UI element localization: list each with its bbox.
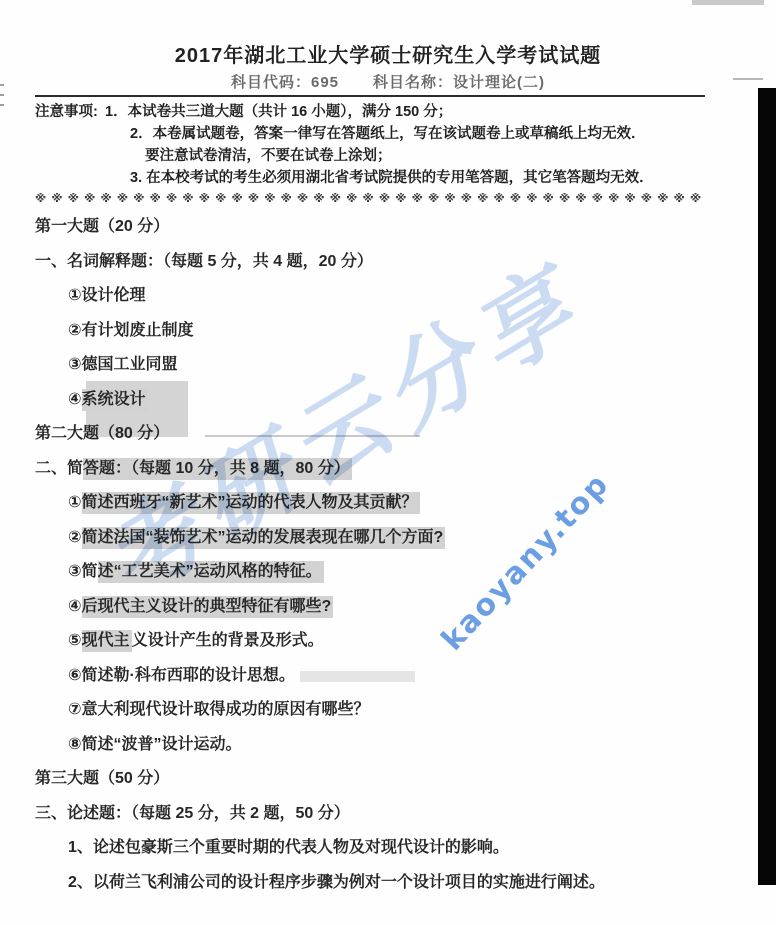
question-text: 1、论述包豪斯三个重要时期的代表人物及对现代设计的影响。 [68, 839, 509, 856]
question: ③德国工业同盟 [68, 354, 716, 375]
scan-dash-left-2 [0, 94, 4, 96]
question-text: ③简 [68, 563, 98, 580]
paper-subtitle: 科目代码：695科目名称：设计理论(二) [0, 73, 776, 92]
question-text-rest: 义设计产生的背景及形式。 [132, 632, 324, 649]
question: 2、以荷兰飞利浦公司的设计程序步骤为例对一个设计项目的实施进行阐述。 [68, 872, 716, 893]
scan-dash-right [733, 78, 763, 80]
asterisk-separator: ※ ※ ※ ※ ※ ※ ※ ※ ※ ※ ※ ※ ※ ※ ※ ※ ※ ※ ※ ※ … [35, 193, 705, 205]
notice-line-4: 3. 在本校考试的考生必须用湖北省考试院提供的专用笔答题，其它笔答题均无效． [35, 167, 716, 189]
question: ①简述西班牙“新艺术”运动的代表人物及其贡献？ [68, 492, 716, 513]
notice-line-1: 注意事项: 1．本试卷共三道大题（共计 16 小题），满分 150 分； [35, 101, 716, 123]
section-3: 第三大题（50 分） 三、论述题：（每题 25 分，共 2 题，50 分） 1、… [35, 768, 716, 893]
question: ⑤现代主义设计产生的背景及形式。 [68, 630, 716, 651]
section-3-heading: 第三大题（50 分） [35, 768, 716, 789]
section-1-heading: 第一大题（20 分） [35, 216, 716, 237]
section-2: 第二大题（80 分） 二、简答题：（每题 10 分，共 8 题，80 分） ①简… [35, 423, 716, 755]
question-text: ④ [68, 391, 82, 408]
question: ②有计划废止制度 [68, 320, 716, 341]
question-highlight: 系统设计 [82, 389, 148, 411]
section-1-intro: 一、名词解释题：（每题 5 分，共 4 题，20 分） [35, 251, 716, 272]
section-1: 第一大题（20 分） 一、名词解释题：（每题 5 分，共 4 题，20 分） ①… [35, 216, 716, 410]
notice-label: 注意事项: [35, 101, 105, 123]
scan-dash-left-1 [0, 84, 4, 86]
question-highlight: 现代主 [82, 630, 132, 652]
question-text: 2、以荷兰飞利浦公司的设计程序步骤为例对一个设计项目的实施进行阐述。 [68, 874, 605, 891]
question: ⑧简述“波普”设计运动。 [68, 734, 716, 755]
exam-paper-page: 2017年湖北工业大学硕士研究生入学考试试题 科目代码：695科目名称：设计理论… [0, 0, 776, 925]
notice-line-3: 要注意试卷清洁，不要在试卷上涂划； [35, 145, 716, 167]
question-highlight: 述“工艺美术”运动风格的特征。 [98, 561, 324, 583]
paper-title: 2017年湖北工业大学硕士研究生入学考试试题 [40, 44, 736, 69]
question: 1、论述包豪斯三个重要时期的代表人物及对现代设计的影响。 [68, 837, 716, 858]
question-text: ① [68, 494, 82, 511]
question: ①设计伦理 [68, 285, 716, 306]
notice-line-2: 2．本卷属试题卷，答案一律写在答题纸上，写在该试题卷上或草稿纸上均无效． [35, 123, 716, 145]
question-text: ②有计划废止制度 [68, 322, 194, 339]
question-text: ⑧简述“波普”设计运动。 [68, 736, 242, 753]
scan-smudge-top-right [692, 0, 764, 5]
question: ③简述“工艺美术”运动风格的特征。 [68, 561, 716, 582]
question: ⑥简述勒·科布西耶的设计思想。 [68, 665, 716, 686]
header-rule [35, 95, 705, 97]
scan-black-edge-bar [758, 88, 776, 885]
question-highlight: 简述法国“装饰艺术”运动的发展表现在哪几个方面? [82, 527, 446, 549]
section-3-intro: 三、论述题：（每题 25 分，共 2 题，50 分） [35, 803, 716, 824]
question-text: ①设计伦理 [68, 287, 146, 304]
notice-item-1: 1．本试卷共三道大题（共计 16 小题），满分 150 分； [105, 101, 452, 123]
question: ④系统设计 [68, 389, 716, 410]
question-text: ⑤ [68, 632, 82, 649]
question-text: ⑥简述勒·科布西耶的设计思想。 [68, 667, 295, 684]
scan-dash-left-3 [0, 104, 4, 106]
question-text: ② [68, 529, 82, 546]
question: ⑦意大利现代设计取得成功的原因有哪些？ [68, 699, 716, 720]
section-2-heading: 第二大题（80 分） [35, 423, 716, 444]
question-highlight: 后现代主义设计的典型特征有哪些? [82, 596, 334, 618]
intro-text: 二、简 [35, 460, 83, 477]
intro-highlight: 答题：（每题 10 分，共 8 题，80 分） [83, 458, 352, 480]
question-highlight: 简述西班牙“新艺术”运动的代表人物及其贡献？ [82, 492, 420, 514]
intro-text: 一、名词解释题：（每题 5 分，共 4 题，20 分） [35, 253, 373, 270]
question-text: ③德国工业同盟 [68, 356, 178, 373]
exam-body: 第一大题（20 分） 一、名词解释题：（每题 5 分，共 4 题，20 分） ①… [35, 216, 716, 893]
question-text: ⑦意大利现代设计取得成功的原因有哪些？ [68, 701, 370, 718]
question: ④后现代主义设计的典型特征有哪些? [68, 596, 716, 617]
notice-block: 注意事项: 1．本试卷共三道大题（共计 16 小题），满分 150 分； 2．本… [35, 101, 716, 189]
intro-text: 三、论述题：（每题 25 分，共 2 题，50 分） [35, 805, 350, 822]
paper-header: 2017年湖北工业大学硕士研究生入学考试试题 科目代码：695科目名称：设计理论… [0, 44, 776, 92]
section-2-intro: 二、简答题：（每题 10 分，共 8 题，80 分） [35, 458, 716, 479]
subject-code: 科目代码：695 [231, 74, 339, 91]
question: ②简述法国“装饰艺术”运动的发展表现在哪几个方面? [68, 527, 716, 548]
question-text: ④ [68, 598, 82, 615]
subject-name: 科目名称：设计理论(二) [373, 74, 545, 91]
